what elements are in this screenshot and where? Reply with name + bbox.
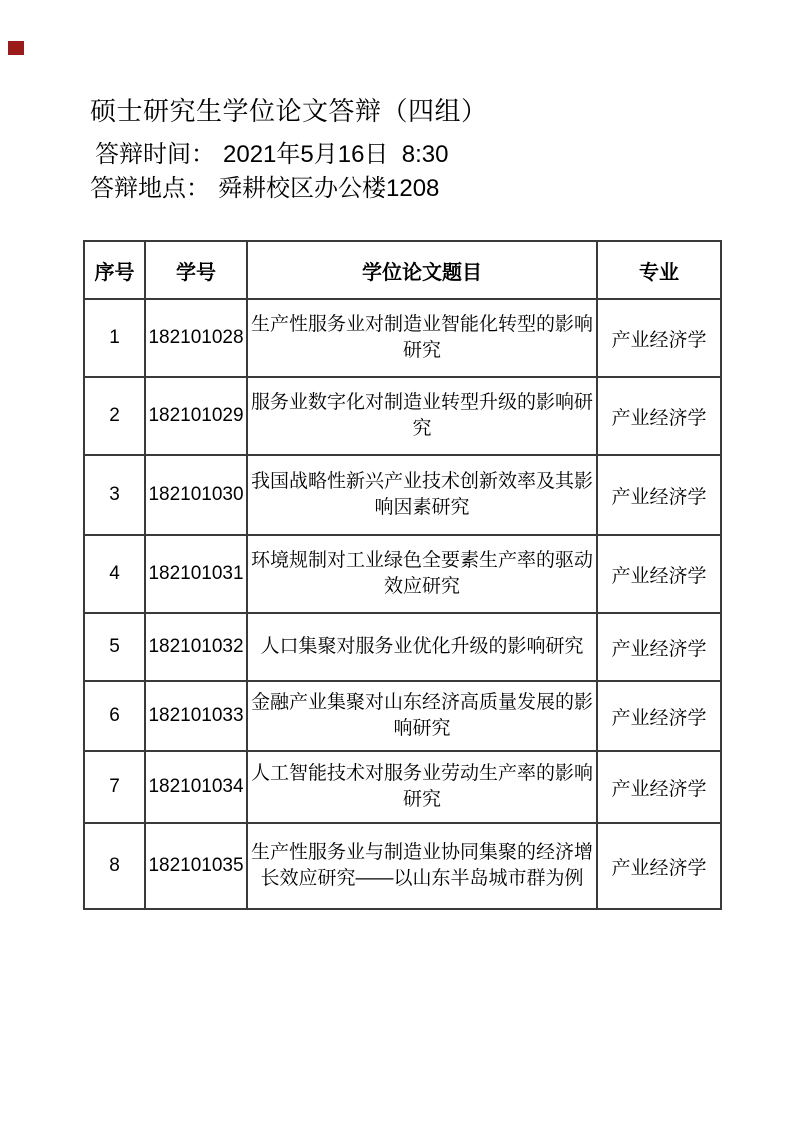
table-row: 2 182101029 服务业数字化对制造业转型升级的影响研究 产业经济学 (84, 377, 721, 455)
defense-location-value: 舜耕校区办公楼1208 (218, 175, 439, 202)
student-id: 182101028 (145, 299, 247, 377)
row-number: 7 (84, 751, 145, 823)
table-row: 8 182101035 生产性服务业与制造业协同集聚的经济增长效应研究——以山东… (84, 823, 721, 909)
thesis-title: 我国战略性新兴产业技术创新效率及其影响因素研究 (247, 455, 597, 535)
table-row: 1 182101028 生产性服务业对制造业智能化转型的影响研究 产业经济学 (84, 299, 721, 377)
row-number: 5 (84, 613, 145, 681)
thesis-title: 人口集聚对服务业优化升级的影响研究 (247, 613, 597, 681)
student-id: 182101033 (145, 681, 247, 751)
thesis-title: 生产性服务业与制造业协同集聚的经济增长效应研究——以山东半岛城市群为例 (247, 823, 597, 909)
major: 产业经济学 (597, 613, 721, 681)
defense-time-line: 答辩时间：2021年5月16日 8:30 (95, 141, 448, 169)
major: 产业经济学 (597, 535, 721, 613)
table-row: 4 182101031 环境规制对工业绿色全要素生产率的驱动效应研究 产业经济学 (84, 535, 721, 613)
table-row: 6 182101033 金融产业集聚对山东经济高质量发展的影响研究 产业经济学 (84, 681, 721, 751)
student-id: 182101032 (145, 613, 247, 681)
student-id: 182101035 (145, 823, 247, 909)
thesis-title: 服务业数字化对制造业转型升级的影响研究 (247, 377, 597, 455)
thesis-title: 人工智能技术对服务业劳动生产率的影响研究 (247, 751, 597, 823)
defense-location-label: 答辩地点： (90, 175, 210, 202)
thesis-title: 环境规制对工业绿色全要素生产率的驱动效应研究 (247, 535, 597, 613)
defense-schedule-table: 序号 学号 学位论文题目 专业 1 182101028 生产性服务业对制造业智能… (83, 240, 722, 910)
column-header-student-id: 学号 (145, 241, 247, 299)
thesis-title: 金融产业集聚对山东经济高质量发展的影响研究 (247, 681, 597, 751)
column-header-major: 专业 (597, 241, 721, 299)
row-number: 8 (84, 823, 145, 909)
document-page: 硕士研究生学位论文答辩（四组） 答辩时间：2021年5月16日 8:30 答辩地… (0, 0, 796, 1129)
table-header-row: 序号 学号 学位论文题目 专业 (84, 241, 721, 299)
defense-time-label: 答辩时间： (95, 141, 215, 168)
column-header-thesis-title: 学位论文题目 (247, 241, 597, 299)
row-number: 2 (84, 377, 145, 455)
table-row: 3 182101030 我国战略性新兴产业技术创新效率及其影响因素研究 产业经济… (84, 455, 721, 535)
row-number: 4 (84, 535, 145, 613)
major: 产业经济学 (597, 299, 721, 377)
thesis-title: 生产性服务业对制造业智能化转型的影响研究 (247, 299, 597, 377)
student-id: 182101030 (145, 455, 247, 535)
row-number: 3 (84, 455, 145, 535)
major: 产业经济学 (597, 455, 721, 535)
defense-time-value: 2021年5月16日 8:30 (223, 141, 448, 168)
major: 产业经济学 (597, 377, 721, 455)
red-mark (8, 41, 24, 55)
student-id: 182101029 (145, 377, 247, 455)
row-number: 6 (84, 681, 145, 751)
major: 产业经济学 (597, 751, 721, 823)
major: 产业经济学 (597, 681, 721, 751)
student-id: 182101034 (145, 751, 247, 823)
page-title: 硕士研究生学位论文答辩（四组） (90, 96, 488, 126)
student-id: 182101031 (145, 535, 247, 613)
column-header-no: 序号 (84, 241, 145, 299)
table-row: 7 182101034 人工智能技术对服务业劳动生产率的影响研究 产业经济学 (84, 751, 721, 823)
defense-location-line: 答辩地点：舜耕校区办公楼1208 (90, 175, 439, 203)
row-number: 1 (84, 299, 145, 377)
table-row: 5 182101032 人口集聚对服务业优化升级的影响研究 产业经济学 (84, 613, 721, 681)
major: 产业经济学 (597, 823, 721, 909)
